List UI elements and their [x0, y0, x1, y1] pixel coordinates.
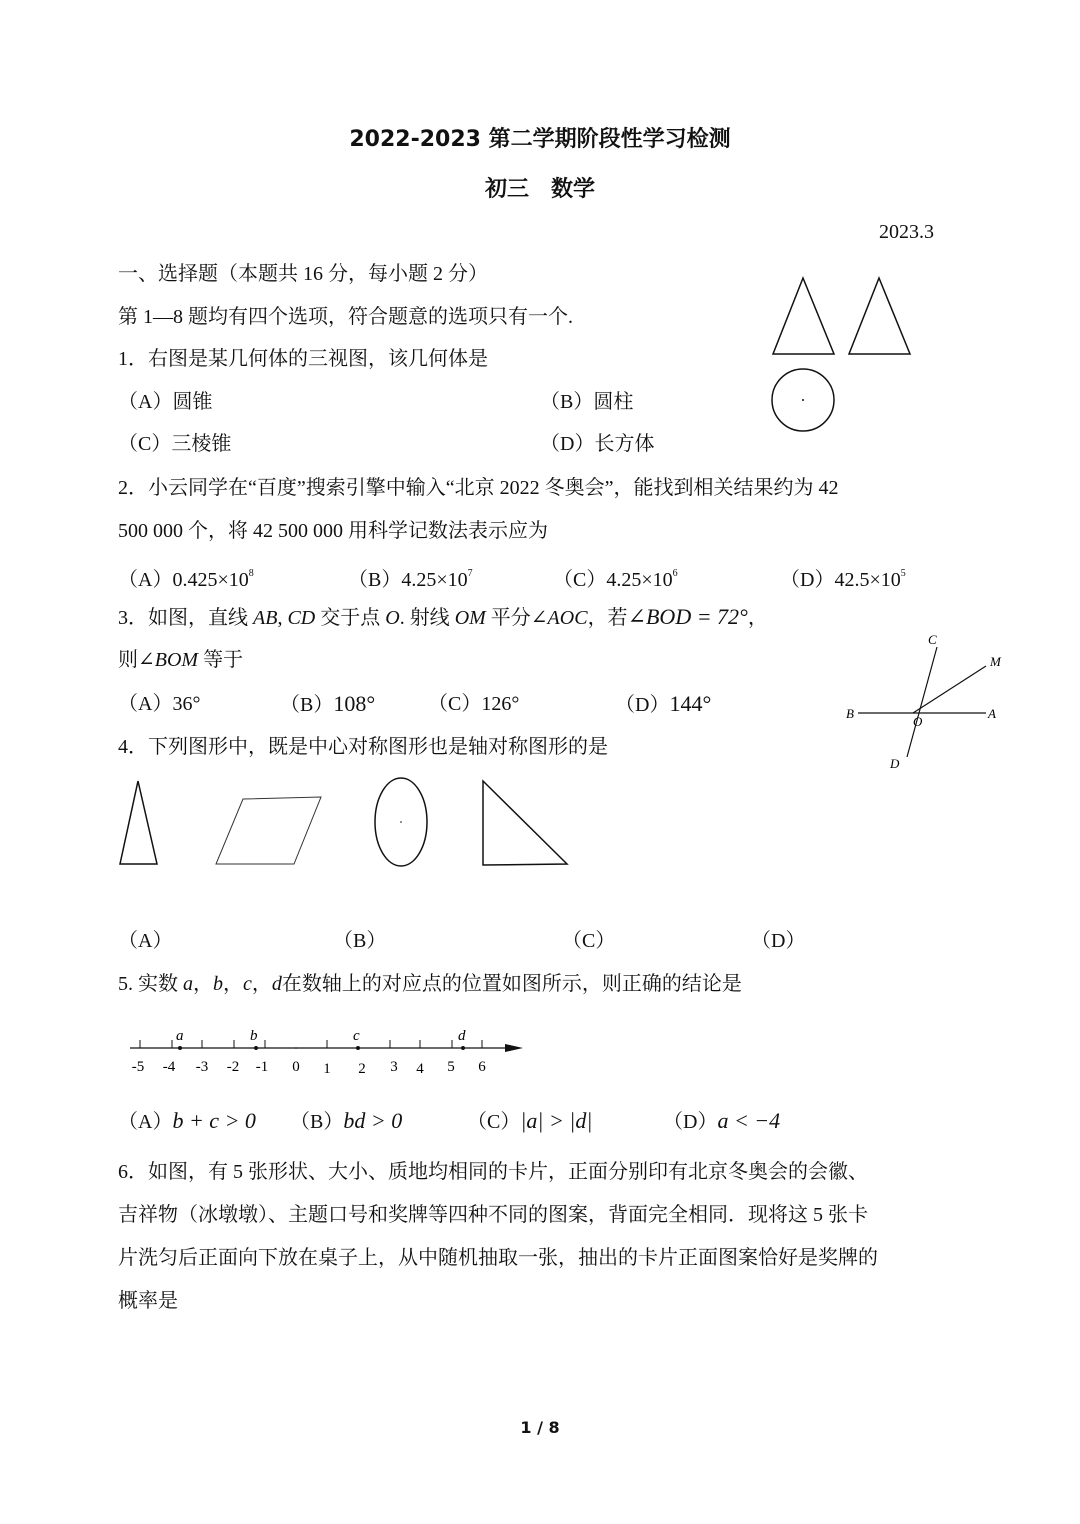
svg-text:0: 0: [292, 1059, 300, 1075]
page-number: 1 / 8: [0, 1418, 1080, 1437]
svg-text:6: 6: [478, 1059, 486, 1075]
exam-date: 2023.3: [879, 220, 934, 244]
svg-text:c: c: [353, 1028, 360, 1044]
q2-option-a: （A）0.425×108: [118, 562, 254, 592]
q3-angle-figure: C M B O A D: [840, 630, 1010, 770]
section-instruction: 第 1—8 题均有四个选项，符合题意的选项只有一个.: [118, 305, 573, 329]
label-o: O: [913, 714, 923, 729]
svg-text:1: 1: [323, 1061, 331, 1077]
svg-text:-2: -2: [227, 1059, 240, 1075]
parallelogram-shape: [216, 797, 321, 864]
q3-stem-line1: 3．如图，直线 AB, CD 交于点 O. 射线 OM 平分∠AOC，若∠BOD…: [118, 605, 768, 630]
q3-option-d: （D）144°: [615, 692, 711, 717]
q5-option-b: （B）bd > 0: [290, 1109, 402, 1134]
svg-text:-5: -5: [132, 1059, 145, 1075]
q4-option-b: （B）: [333, 929, 386, 953]
label-d: D: [889, 756, 900, 771]
svg-text:-4: -4: [163, 1059, 176, 1075]
svg-text:3: 3: [390, 1059, 398, 1075]
svg-text:a: a: [176, 1028, 184, 1044]
q3-stem-line2: 则∠BOM 等于: [118, 648, 243, 672]
label-b: B: [846, 706, 854, 721]
q4-stem: 4．下列图形中，既是中心对称图形也是轴对称图形的是: [118, 735, 608, 759]
side-view-triangle: [849, 278, 910, 354]
section-heading: 一、选择题（本题共 16 分，每小题 2 分）: [118, 262, 488, 286]
svg-text:2: 2: [358, 1061, 366, 1077]
q6-stem-line1: 6．如图，有 5 张形状、大小、质地均相同的卡片，正面分别印有北京冬奥会的会徽、: [118, 1160, 868, 1184]
q2-stem-line2: 500 000 个，将 42 500 000 用科学记数法表示应为: [118, 519, 548, 543]
q4-option-c: （C）: [562, 929, 615, 953]
q3-option-a: （A）36°: [118, 692, 200, 716]
right-triangle-shape: [483, 781, 567, 865]
label-c: C: [928, 632, 937, 647]
q5-option-c: （C）|a| > |d|: [467, 1109, 592, 1134]
q4-option-d: （D）: [751, 929, 805, 953]
q6-stem-line2: 吉祥物（冰墩墩）、主题口号和奖牌等四种不同的图案，背面完全相同．现将这 5 张卡: [118, 1203, 868, 1227]
q6-stem-line3: 片洗匀后正面向下放在桌子上，从中随机抽取一张，抽出的卡片正面图案恰好是奖牌的: [118, 1246, 878, 1270]
q5-option-d: （D）a < −4: [663, 1109, 780, 1134]
q3-option-c: （C）126°: [428, 692, 519, 716]
q1-three-view-figure: [760, 270, 930, 440]
q1-option-c: （C）三棱锥: [118, 432, 231, 456]
q6-stem-line4: 概率是: [118, 1289, 178, 1313]
exam-title: 2022-2023 第二学期阶段性学习检测: [0, 122, 1080, 153]
q2-option-c: （C）4.25×106: [553, 562, 678, 592]
q1-option-d: （D）长方体: [540, 432, 654, 456]
q3-option-b: （B）108°: [280, 692, 375, 717]
front-view-triangle: [773, 278, 834, 354]
svg-text:b: b: [250, 1028, 258, 1044]
svg-text:4: 4: [416, 1061, 424, 1077]
q1-option-b: （B）圆柱: [540, 390, 633, 414]
q2-option-d: （D）42.5×105: [780, 562, 906, 592]
svg-text:d: d: [458, 1028, 466, 1044]
q1-option-a: （A）圆锥: [118, 390, 212, 414]
q5-number-line: a b c d -5 -4 -3 -2 -1 0 1 2 3 4 5 6: [120, 1020, 540, 1080]
svg-text:-3: -3: [196, 1059, 209, 1075]
exam-subtitle: 初三 数学: [0, 172, 1080, 203]
label-m: M: [989, 654, 1002, 669]
q4-shapes: [100, 770, 980, 880]
q2-option-b: （B）4.25×107: [348, 562, 473, 592]
arrow-icon: [505, 1044, 523, 1052]
q2-stem-line1: 2．小云同学在“百度”搜索引擎中输入“北京 2022 冬奥会”，能找到相关结果约…: [118, 476, 839, 500]
isosceles-triangle-shape: [120, 781, 157, 864]
q5-option-a: （A）b + c > 0: [118, 1109, 256, 1134]
label-a: A: [987, 706, 996, 721]
svg-text:5: 5: [447, 1059, 455, 1075]
svg-text:-1: -1: [256, 1059, 269, 1075]
q5-stem: 5. 实数 a，b，c，d在数轴上的对应点的位置如图所示，则正确的结论是: [118, 972, 742, 996]
q4-option-a: （A）: [118, 929, 172, 953]
q1-stem: 1．右图是某几何体的三视图，该几何体是: [118, 347, 488, 371]
